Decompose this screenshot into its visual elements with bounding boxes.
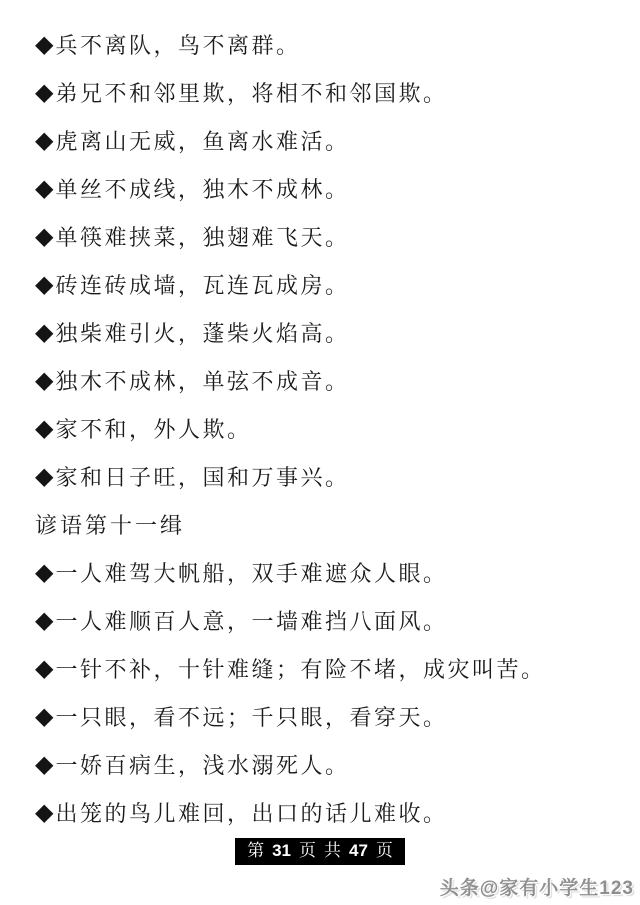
proverb-text: 一人难驾大帆船，双手难遮众人眼。 — [55, 557, 447, 588]
section-header: 谚语第十一缉 — [35, 500, 620, 548]
footer-label-ye-1: 页 — [299, 841, 316, 860]
proverb-line: ◆ 独木不成林，单弦不成音。 — [35, 356, 620, 404]
proverb-line: ◆ 单筷难挟菜，独翅难飞天。 — [35, 212, 620, 260]
section-header-text: 谚语第十一缉 — [35, 509, 185, 540]
proverb-line: ◆ 砖连砖成墙，瓦连瓦成房。 — [35, 260, 620, 308]
proverb-line: ◆ 弟兄不和邻里欺，将相不和邻国欺。 — [35, 68, 620, 116]
proverb-line: ◆ 一人难驾大帆船，双手难遮众人眼。 — [35, 548, 620, 596]
proverb-line: ◆ 出笼的鸟儿难回，出口的话儿难收。 — [35, 788, 620, 836]
page-number-bar: 第31页共47页 — [235, 838, 405, 865]
proverb-line: ◆ 一娇百病生，浅水溺死人。 — [35, 740, 620, 788]
diamond-bullet-icon: ◆ — [35, 416, 53, 440]
proverb-text: 兵不离队，鸟不离群。 — [55, 29, 300, 60]
proverb-text: 一人难顺百人意，一墙难挡八面风。 — [55, 605, 447, 636]
diamond-bullet-icon: ◆ — [35, 752, 53, 776]
proverb-line: ◆ 家和日子旺，国和万事兴。 — [35, 452, 620, 500]
proverb-line: ◆ 一人难顺百人意，一墙难挡八面风。 — [35, 596, 620, 644]
proverb-line: ◆ 兵不离队，鸟不离群。 — [35, 20, 620, 68]
footer-label-di: 第 — [247, 841, 264, 860]
diamond-bullet-icon: ◆ — [35, 800, 53, 824]
proverb-text: 虎离山无威，鱼离水难活。 — [55, 125, 349, 156]
proverb-text: 家和日子旺，国和万事兴。 — [55, 461, 349, 492]
diamond-bullet-icon: ◆ — [35, 608, 53, 632]
proverb-text: 一只眼，看不远；千只眼，看穿天。 — [55, 701, 447, 732]
footer-current-page: 31 — [272, 841, 291, 860]
proverb-line: ◆ 一针不补，十针难缝；有险不堵，成灾叫苦。 — [35, 644, 620, 692]
diamond-bullet-icon: ◆ — [35, 704, 53, 728]
proverb-line: ◆ 一只眼，看不远；千只眼，看穿天。 — [35, 692, 620, 740]
proverb-text: 独木不成林，单弦不成音。 — [55, 365, 349, 396]
proverb-text: 一针不补，十针难缝；有险不堵，成灾叫苦。 — [55, 653, 545, 684]
diamond-bullet-icon: ◆ — [35, 272, 53, 296]
proverb-text: 单筷难挟菜，独翅难飞天。 — [55, 221, 349, 252]
page-footer: 第31页共47页 — [0, 838, 640, 865]
diamond-bullet-icon: ◆ — [35, 80, 53, 104]
diamond-bullet-icon: ◆ — [35, 560, 53, 584]
proverb-line: ◆ 独柴难引火，蓬柴火焰高。 — [35, 308, 620, 356]
proverb-list: ◆ 兵不离队，鸟不离群。 ◆ 弟兄不和邻里欺，将相不和邻国欺。 ◆ 虎离山无威，… — [0, 0, 640, 836]
diamond-bullet-icon: ◆ — [35, 320, 53, 344]
diamond-bullet-icon: ◆ — [35, 656, 53, 680]
proverb-text: 砖连砖成墙，瓦连瓦成房。 — [55, 269, 349, 300]
proverb-text: 家不和，外人欺。 — [55, 413, 251, 444]
footer-label-gong: 共 — [324, 841, 341, 860]
proverb-text: 弟兄不和邻里欺，将相不和邻国欺。 — [55, 77, 447, 108]
proverb-text: 独柴难引火，蓬柴火焰高。 — [55, 317, 349, 348]
proverb-text: 一娇百病生，浅水溺死人。 — [55, 749, 349, 780]
proverb-text: 单丝不成线，独木不成林。 — [55, 173, 349, 204]
diamond-bullet-icon: ◆ — [35, 32, 53, 56]
diamond-bullet-icon: ◆ — [35, 224, 53, 248]
proverb-line: ◆ 单丝不成线，独木不成林。 — [35, 164, 620, 212]
watermark: 头条@家有小学生123 — [440, 873, 634, 900]
diamond-bullet-icon: ◆ — [35, 176, 53, 200]
proverb-text: 出笼的鸟儿难回，出口的话儿难收。 — [55, 797, 447, 828]
diamond-bullet-icon: ◆ — [35, 128, 53, 152]
footer-label-ye-2: 页 — [376, 841, 393, 860]
proverb-line: ◆ 家不和，外人欺。 — [35, 404, 620, 452]
footer-total-pages: 47 — [349, 841, 368, 860]
diamond-bullet-icon: ◆ — [35, 368, 53, 392]
proverb-line: ◆ 虎离山无威，鱼离水难活。 — [35, 116, 620, 164]
diamond-bullet-icon: ◆ — [35, 464, 53, 488]
